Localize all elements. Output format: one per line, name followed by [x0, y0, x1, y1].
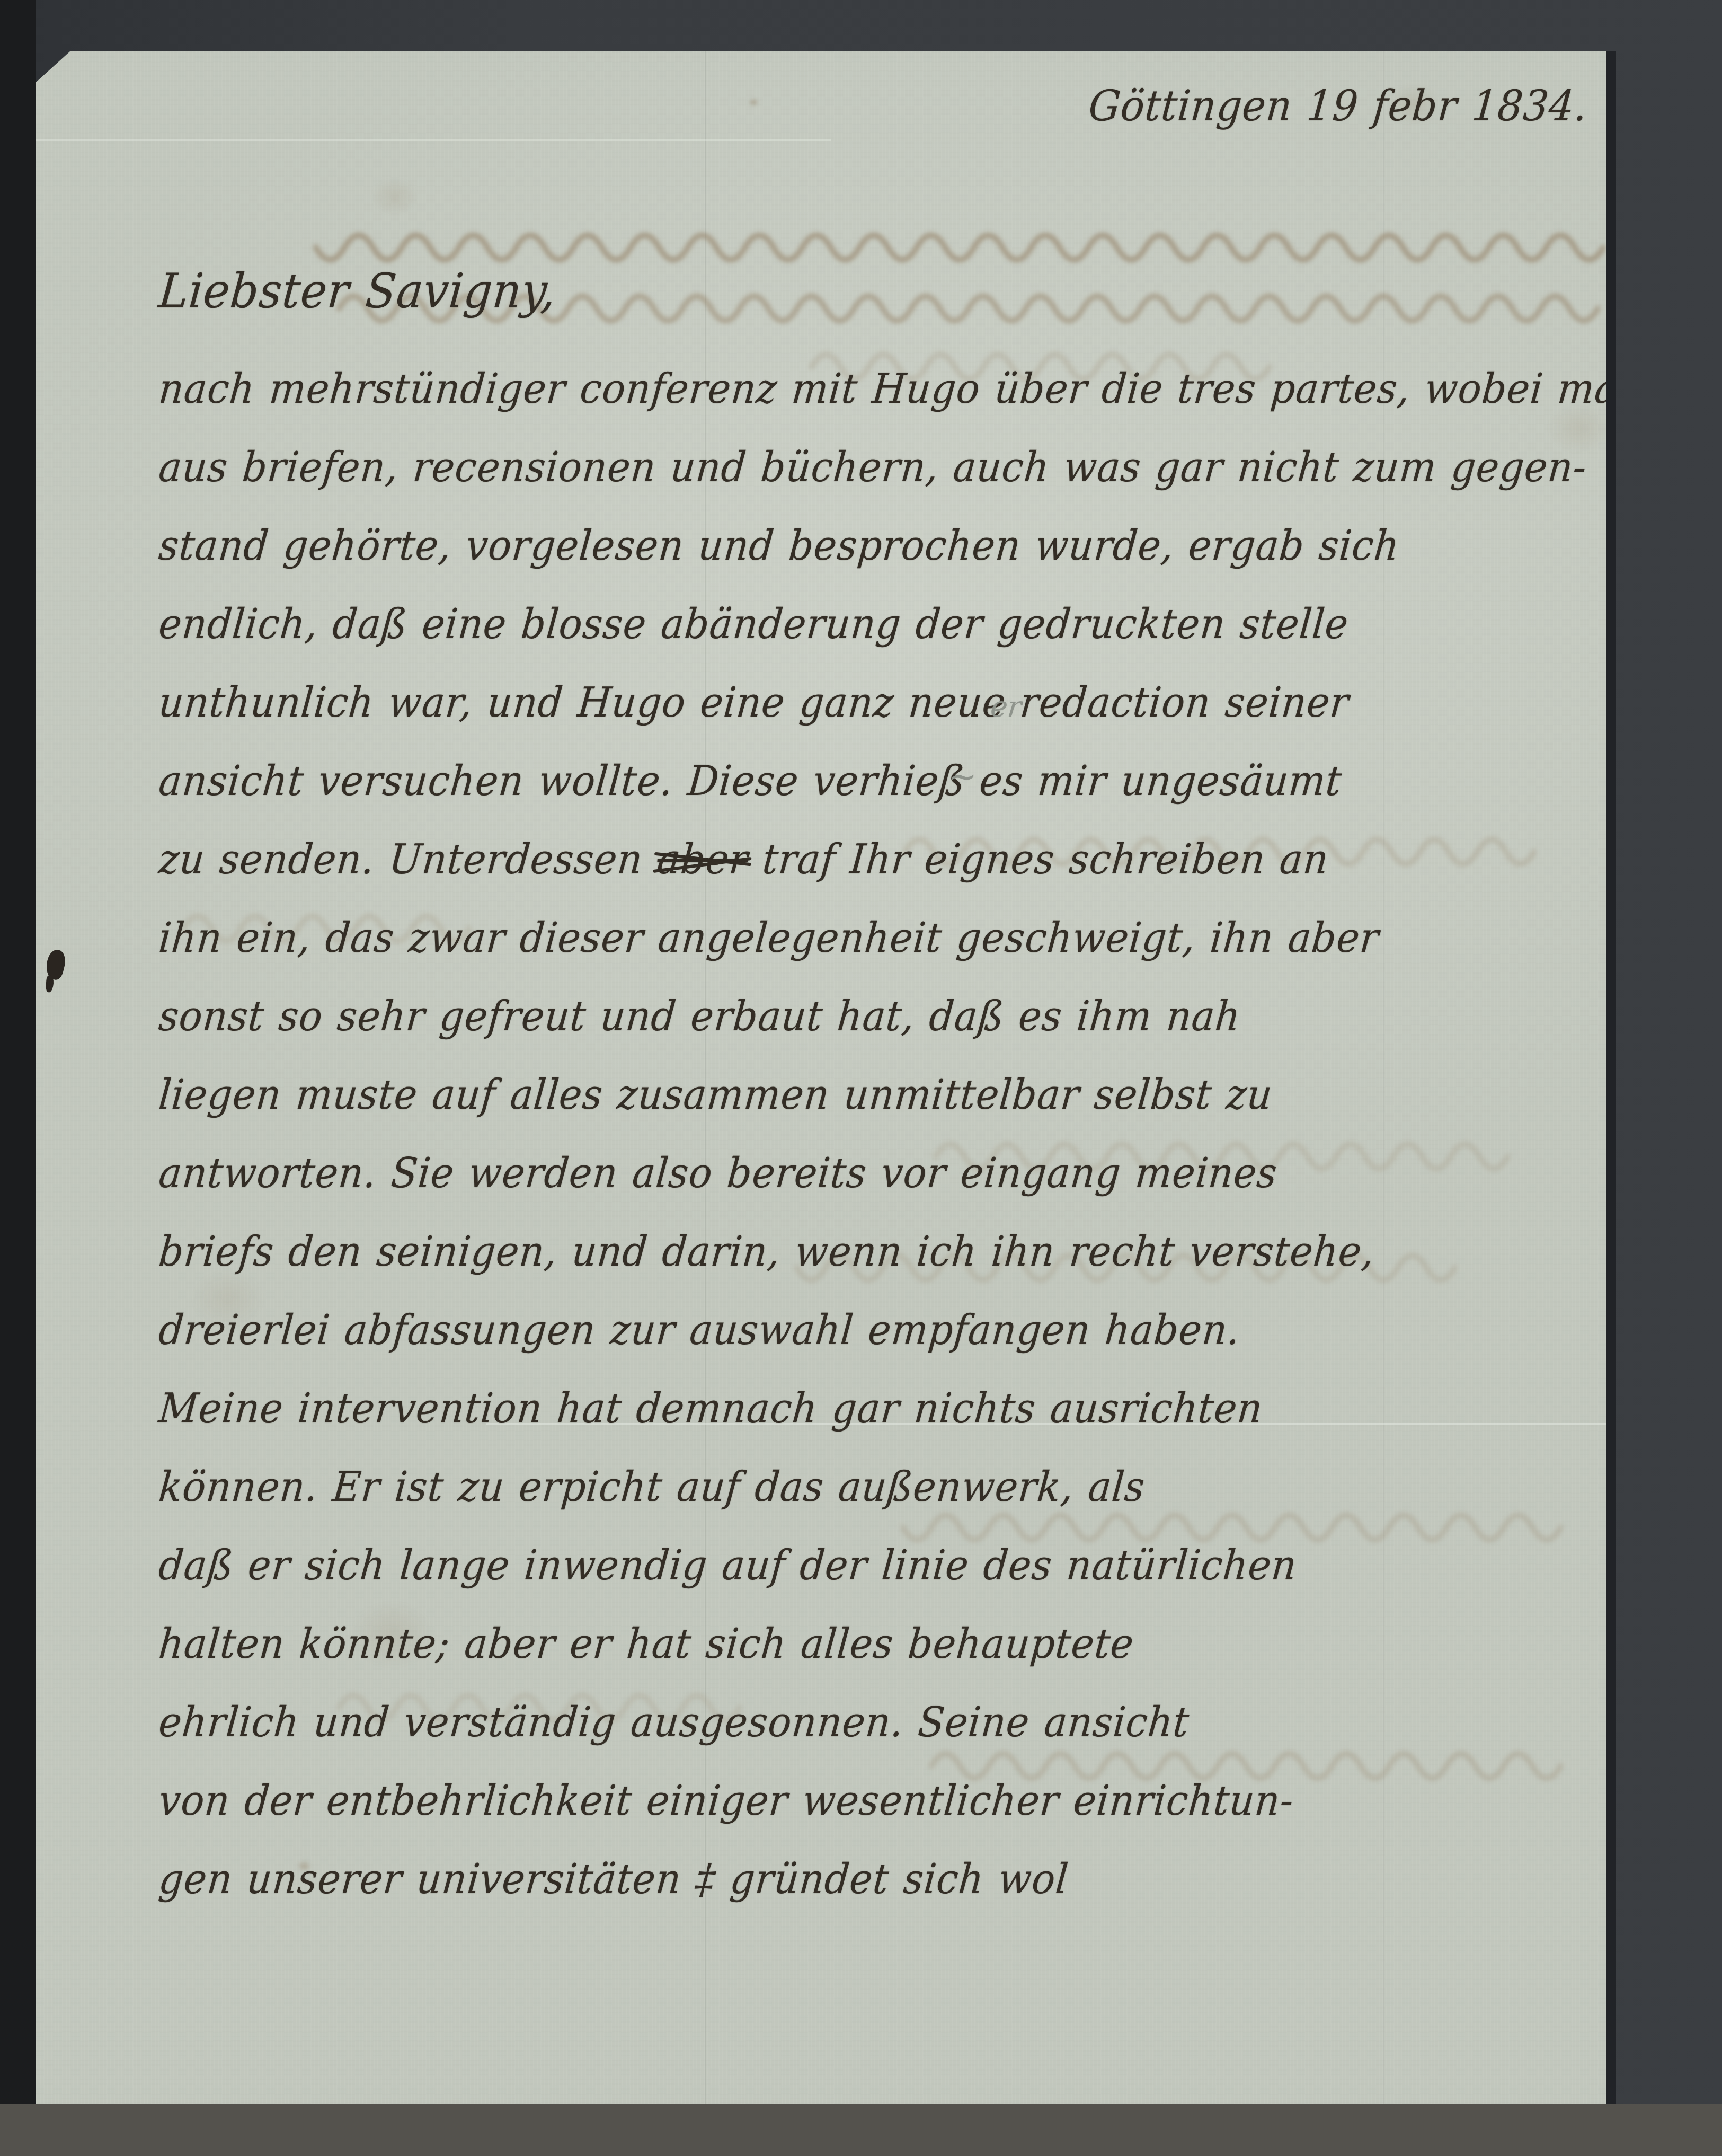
scan-background-bottom [0, 2104, 1722, 2156]
letter-line-8: ihn ein, das zwar dieser angelegenheit g… [156, 899, 1382, 977]
letter-line-16: daß er sich lange inwendig auf der linie… [156, 1526, 1300, 1605]
letter-line-6: ansicht versuchen wollte. Diese verhieß … [156, 742, 1345, 820]
scanned-letter: Göttingen 19 febr 1834. Liebster Savigny… [0, 0, 1722, 2156]
pencil-mark: ~ [946, 757, 979, 797]
letter-line-9: sonst so sehr gefreut und erbaut hat, da… [156, 977, 1244, 1056]
letter-line-20: gen unserer universitäten ‡ gründet sich… [156, 1840, 1072, 1919]
letter-line-19: von der entbehrlichkeit einiger wesentli… [156, 1762, 1298, 1840]
letter-line-2: aus briefen, recensionen und büchern, au… [156, 428, 1590, 507]
scan-edge-strip [0, 0, 36, 2107]
letter-line-5: unthunlich war, und Hugo eine ganz neue … [156, 664, 1353, 742]
salutation: Liebster Savigny, [156, 254, 560, 329]
letter-line-17: halten könnte; aber er hat sich alles be… [156, 1605, 1138, 1683]
line-segment: traf Ihr eignes schreiben an [746, 836, 1331, 883]
letter-line-10: liegen muste auf alles zusammen unmittel… [156, 1056, 1276, 1134]
letter-page: Göttingen 19 febr 1834. Liebster Savigny… [36, 51, 1606, 2104]
paper-stain [748, 98, 759, 107]
letter-line-13: dreierlei abfassungen zur auswahl empfan… [156, 1291, 1244, 1369]
margin-ink-blot [43, 948, 68, 982]
line-segment: zu senden. Unterdessen [157, 836, 660, 883]
dateline: Göttingen 19 febr 1834. [1086, 69, 1591, 143]
letter-line-7: zu senden. Unterdessen aber traf Ihr eig… [156, 820, 1332, 899]
letter-line-1: nach mehrstündiger conferenz mit Hugo üb… [156, 350, 1606, 428]
paper-crease [36, 139, 831, 141]
paper-edge-shadow [1606, 51, 1616, 2104]
letter-line-15: können. Er ist zu erpicht auf das außenw… [156, 1448, 1149, 1526]
paper-stain [371, 178, 419, 216]
struck-word: aber [655, 836, 750, 883]
letter-line-11: antworten. Sie werden also bereits vor e… [156, 1134, 1281, 1213]
letter-line-18: ehrlich und verständig ausgesonnen. Sein… [156, 1683, 1193, 1762]
letter-line-12: briefs den seinigen, und darin, wenn ich… [156, 1213, 1378, 1291]
letter-line-4: endlich, daß eine blosse abänderung der … [156, 585, 1352, 664]
letter-line-3: stand gehörte, vorgelesen und besprochen… [156, 507, 1403, 585]
letter-line-14: Meine intervention hat demnach gar nicht… [156, 1369, 1266, 1448]
pencil-insertion: er [989, 690, 1023, 723]
